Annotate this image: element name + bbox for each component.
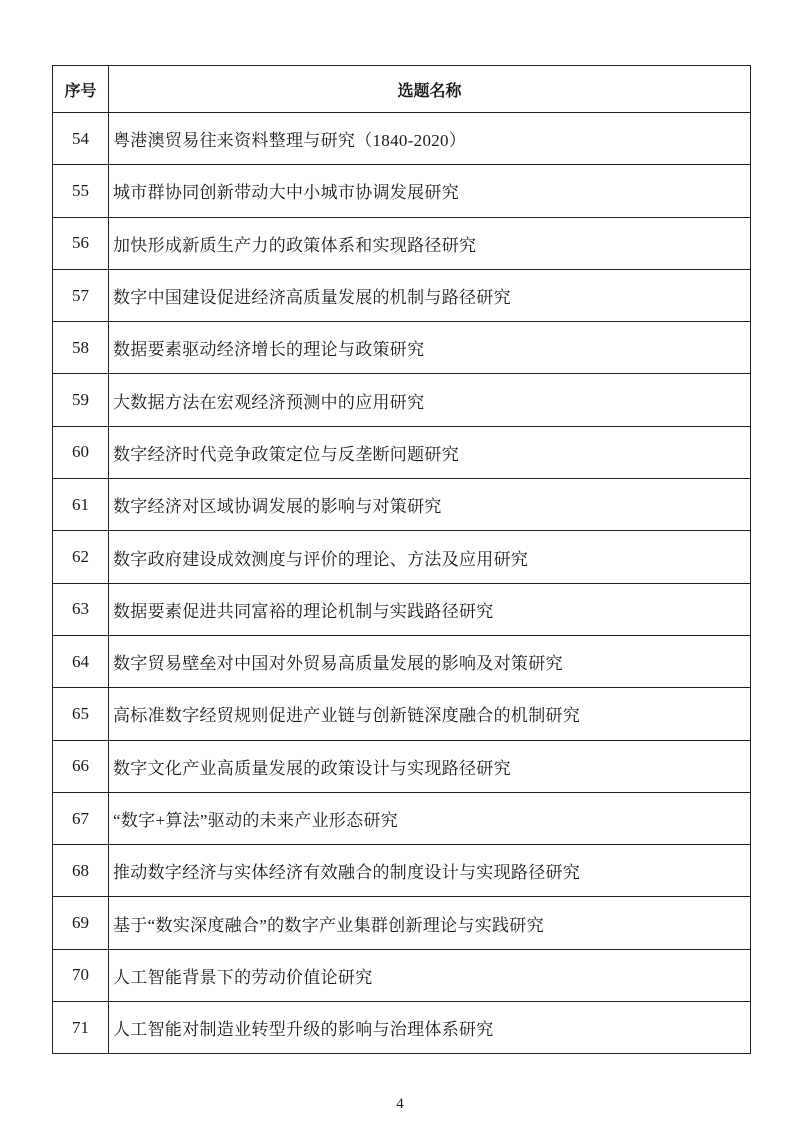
table-row: 70 人工智能背景下的劳动价值论研究 [53,949,751,1001]
topic-name: 推动数字经济与实体经济有效融合的制度设计与实现路径研究 [109,845,751,897]
topic-name: “数字+算法”驱动的未来产业形态研究 [109,792,751,844]
row-number: 55 [53,165,109,217]
topic-name: 数据要素驱动经济增长的理论与政策研究 [109,322,751,374]
row-number: 58 [53,322,109,374]
table-row: 54 粤港澳贸易往来资料整理与研究（1840-2020） [53,113,751,165]
table-row: 56 加快形成新质生产力的政策体系和实现路径研究 [53,217,751,269]
column-header-name: 选题名称 [109,66,751,113]
row-number: 66 [53,740,109,792]
row-number: 62 [53,531,109,583]
topic-name: 数据要素促进共同富裕的理论机制与实践路径研究 [109,583,751,635]
table-row: 64 数字贸易壁垒对中国对外贸易高质量发展的影响及对策研究 [53,635,751,687]
row-number: 63 [53,583,109,635]
row-number: 59 [53,374,109,426]
row-number: 60 [53,426,109,478]
topic-name: 高标准数字经贸规则促进产业链与创新链深度融合的机制研究 [109,688,751,740]
row-number: 61 [53,479,109,531]
topic-name: 数字中国建设促进经济高质量发展的机制与路径研究 [109,269,751,321]
row-number: 56 [53,217,109,269]
table-row: 61 数字经济对区域协调发展的影响与对策研究 [53,479,751,531]
row-number: 64 [53,635,109,687]
row-number: 69 [53,897,109,949]
page-number: 4 [0,1096,800,1113]
table-row: 60 数字经济时代竞争政策定位与反垄断问题研究 [53,426,751,478]
row-number: 57 [53,269,109,321]
topic-name: 数字贸易壁垒对中国对外贸易高质量发展的影响及对策研究 [109,635,751,687]
topic-name: 数字经济时代竞争政策定位与反垄断问题研究 [109,426,751,478]
topic-name: 人工智能背景下的劳动价值论研究 [109,949,751,1001]
table-header-row: 序号 选题名称 [53,66,751,113]
table-row: 71 人工智能对制造业转型升级的影响与治理体系研究 [53,1002,751,1054]
topic-name: 人工智能对制造业转型升级的影响与治理体系研究 [109,1002,751,1054]
column-header-no: 序号 [53,66,109,113]
table-row: 67 “数字+算法”驱动的未来产业形态研究 [53,792,751,844]
table-row: 55 城市群协同创新带动大中小城市协调发展研究 [53,165,751,217]
table-row: 69 基于“数实深度融合”的数字产业集群创新理论与实践研究 [53,897,751,949]
row-number: 54 [53,113,109,165]
topic-name: 粤港澳贸易往来资料整理与研究（1840-2020） [109,113,751,165]
topic-name: 大数据方法在宏观经济预测中的应用研究 [109,374,751,426]
row-number: 70 [53,949,109,1001]
row-number: 71 [53,1002,109,1054]
row-number: 65 [53,688,109,740]
topic-name: 加快形成新质生产力的政策体系和实现路径研究 [109,217,751,269]
topic-name: 数字经济对区域协调发展的影响与对策研究 [109,479,751,531]
topic-name: 数字文化产业高质量发展的政策设计与实现路径研究 [109,740,751,792]
table-row: 58 数据要素驱动经济增长的理论与政策研究 [53,322,751,374]
topic-name: 基于“数实深度融合”的数字产业集群创新理论与实践研究 [109,897,751,949]
topic-name: 数字政府建设成效测度与评价的理论、方法及应用研究 [109,531,751,583]
table-row: 65 高标准数字经贸规则促进产业链与创新链深度融合的机制研究 [53,688,751,740]
table-row: 63 数据要素促进共同富裕的理论机制与实践路径研究 [53,583,751,635]
table-row: 66 数字文化产业高质量发展的政策设计与实现路径研究 [53,740,751,792]
document-page: 序号 选题名称 54 粤港澳贸易往来资料整理与研究（1840-2020） 55 … [0,0,800,1131]
topics-table: 序号 选题名称 54 粤港澳贸易往来资料整理与研究（1840-2020） 55 … [52,65,751,1054]
table-row: 57 数字中国建设促进经济高质量发展的机制与路径研究 [53,269,751,321]
topic-name: 城市群协同创新带动大中小城市协调发展研究 [109,165,751,217]
row-number: 67 [53,792,109,844]
table-row: 62 数字政府建设成效测度与评价的理论、方法及应用研究 [53,531,751,583]
table-row: 59 大数据方法在宏观经济预测中的应用研究 [53,374,751,426]
row-number: 68 [53,845,109,897]
table-row: 68 推动数字经济与实体经济有效融合的制度设计与实现路径研究 [53,845,751,897]
